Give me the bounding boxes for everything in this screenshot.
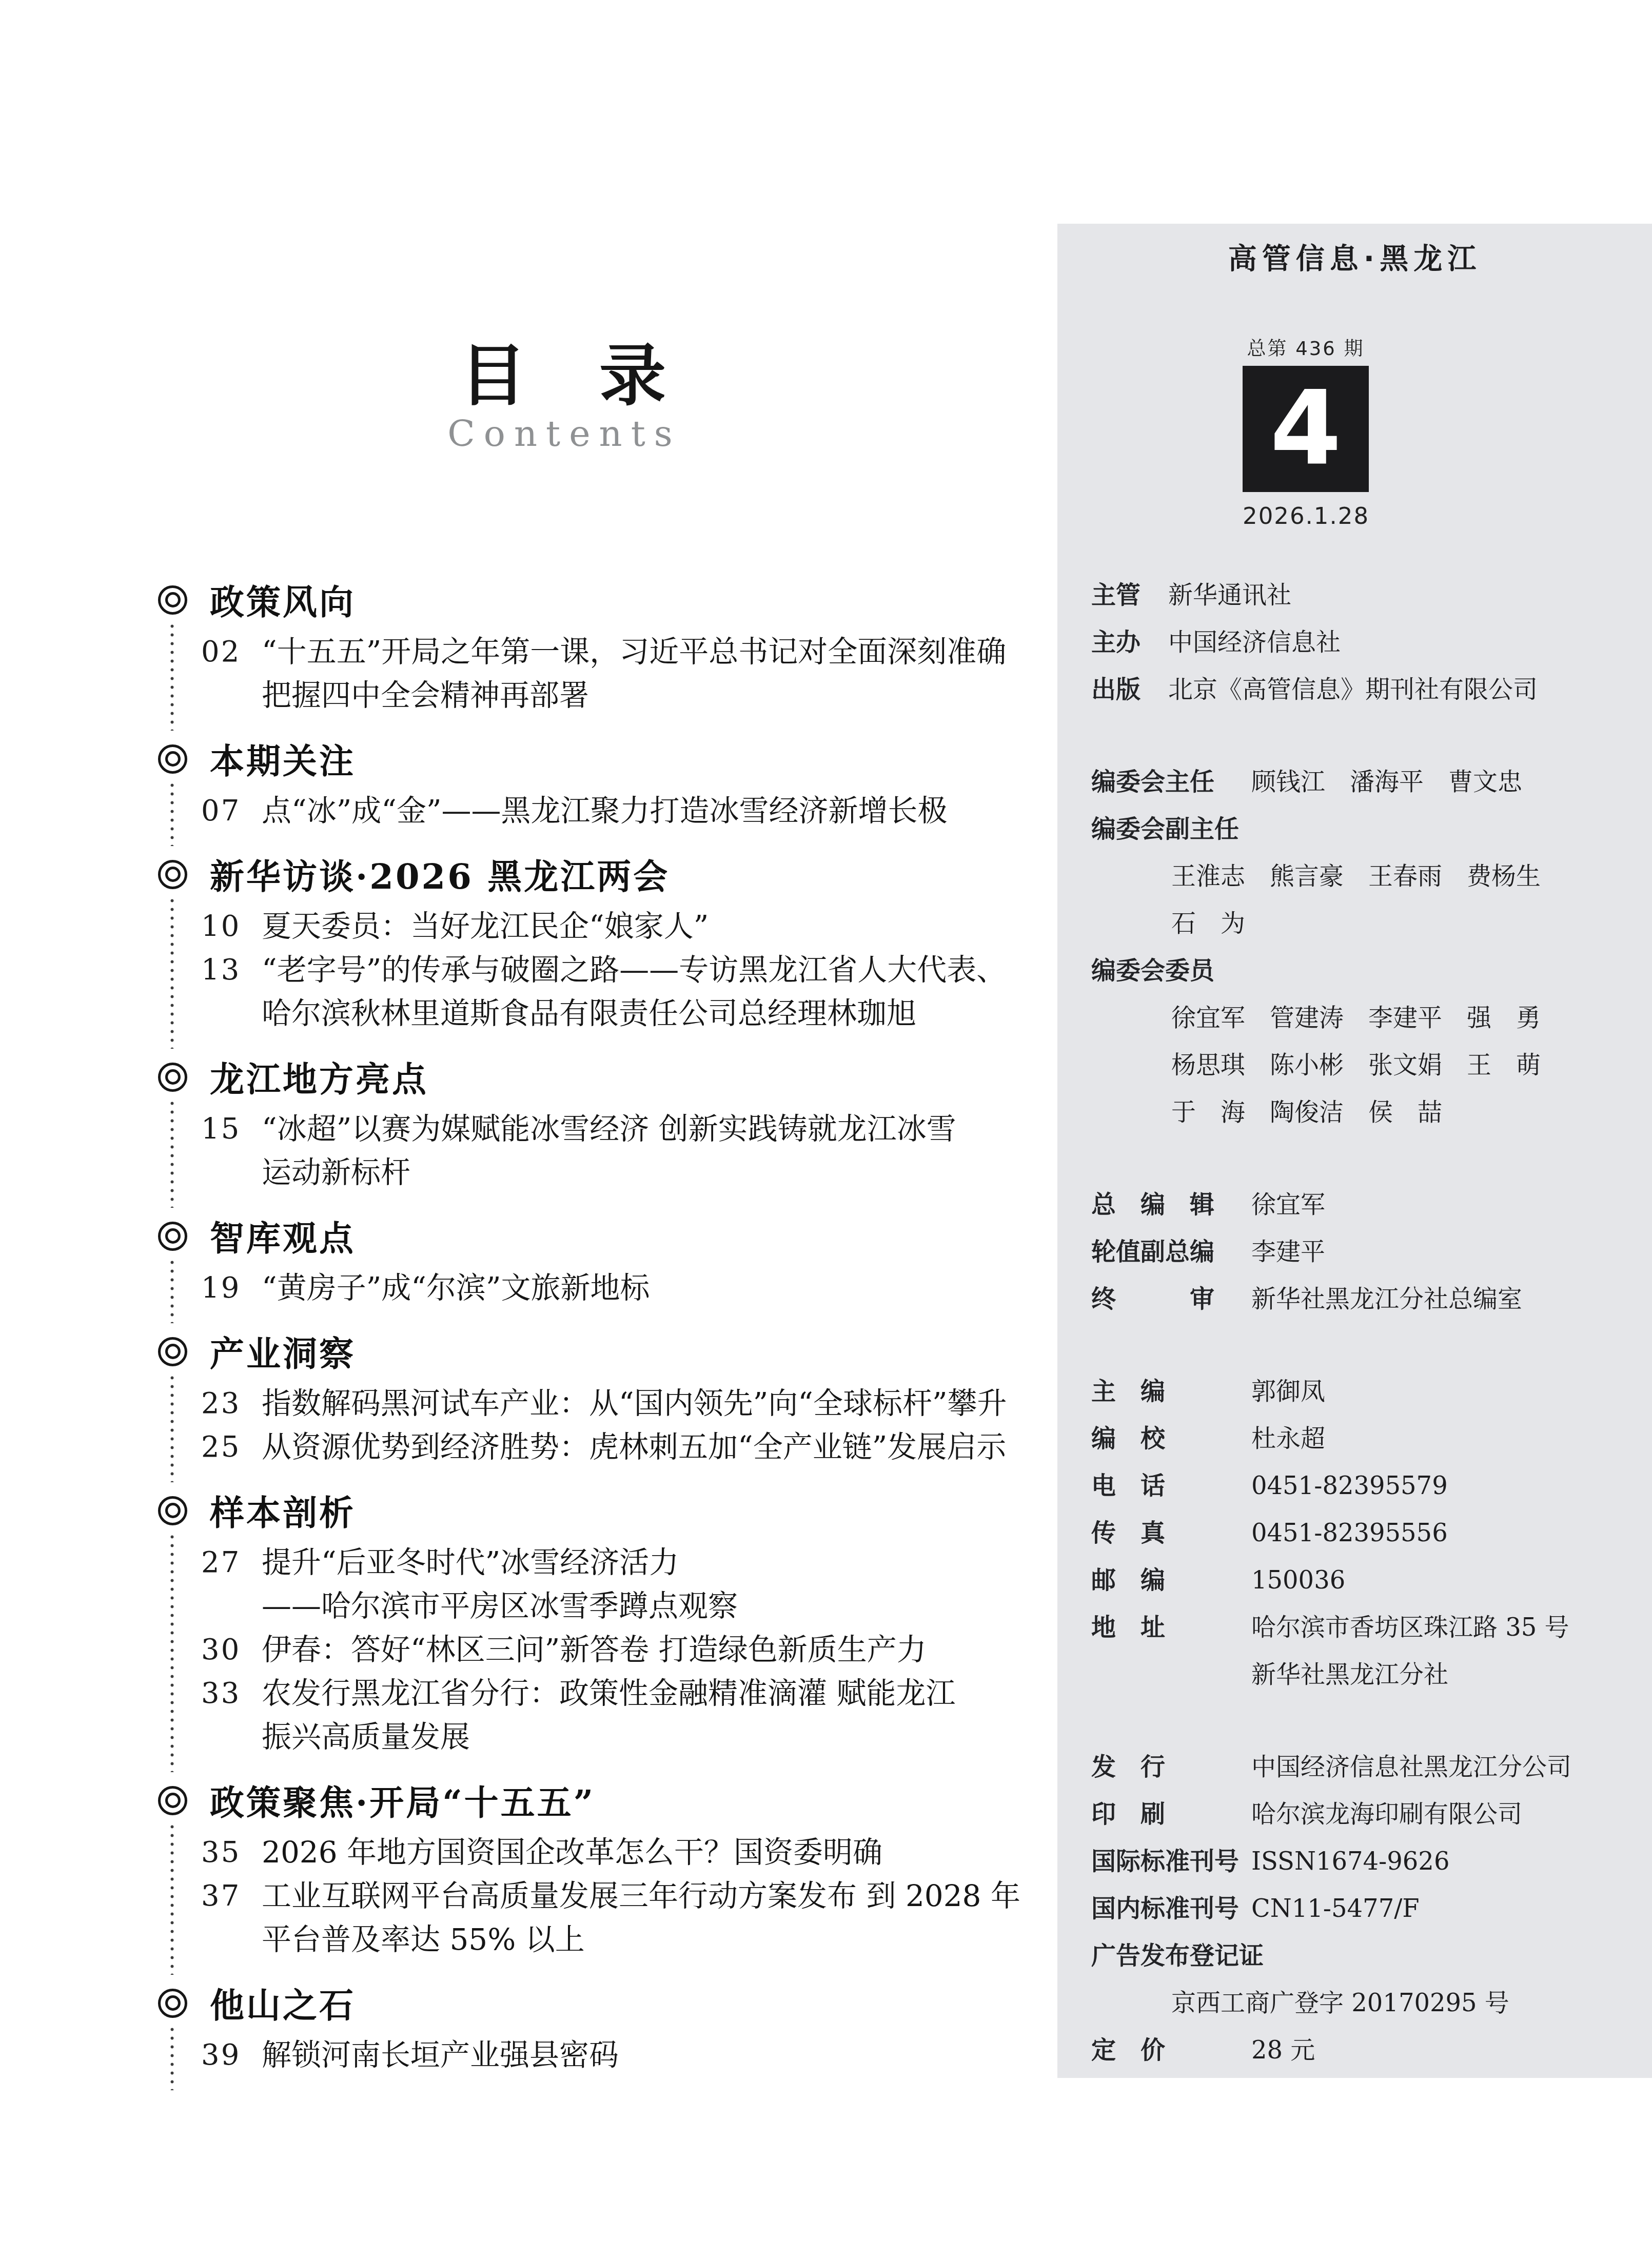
toc-entry-page-number: 33 [201,1672,241,1715]
info-row: 印 刷哈尔滨龙海印刷有限公司 [1091,1791,1652,1838]
toc-entry-line: 运动新标杆 [262,1151,1071,1194]
section-title: 样本剖析 [210,1486,356,1535]
toc-entry-page-number: 15 [201,1107,241,1151]
page-title: 目 录 [154,341,975,410]
info-row: 主管新华通讯社 [1091,572,1652,619]
toc-entry-line: 352026 年地方国资国企改革怎么干？国资委明确 [262,1831,1071,1874]
issue-date: 2026.1.28 [1243,502,1369,529]
toc-section-header: 本期关注 [158,743,1071,775]
toc-entry-title: 解锁河南长垣产业强县密码 [262,2037,619,2072]
info-row: 传 真0451-82395556 [1091,1509,1652,1557]
publication-info-rows: 主管新华通讯社主办中国经济信息社出版北京《高管信息》期刊社有限公司编委会主任顾钱… [1057,572,1652,2074]
page-subtitle: Contents [154,415,975,452]
info-row-label: 主 编 [1091,1368,1251,1415]
toc-section: 他山之石39解锁河南长垣产业强县密码 [158,1987,1071,2077]
info-row: 主办中国经济信息社 [1091,619,1652,666]
toc-entry-page-number: 19 [201,1266,241,1310]
info-row: 编 校杜永超 [1091,1415,1652,1462]
toc-entry-page-number: 02 [201,630,241,674]
info-row-value: 哈尔滨市香坊区珠江路 35 号 [1251,1604,1569,1651]
info-row-label: 主办 [1091,619,1168,666]
info-row: 广告发布登记证 [1091,1932,1652,1979]
info-row-value: 北京《高管信息》期刊社有限公司 [1168,666,1538,713]
toc-entry-line: 15“冰超”以赛为媒赋能冰雪经济 创新实践铸就龙江冰雪 [262,1107,1071,1151]
issue-number: 4 [1270,378,1341,480]
toc-section: 产业洞察23指数解码黑河试车产业：从“国内领先”向“全球标杆”攀升25从资源优势… [158,1336,1071,1469]
info-row-label: 电 话 [1091,1462,1251,1509]
info-row-label: 定 价 [1091,2027,1251,2074]
info-group-publishing: 发 行中国经济信息社黑龙江分公司印 刷哈尔滨龙海印刷有限公司国际标准刊号ISSN… [1091,1743,1652,2074]
toc-section-entries: 352026 年地方国资国企改革怎么干？国资委明确37工业互联网平台高质量发展三… [158,1831,1071,1961]
info-row: 终 审新华社黑龙江分社总编室 [1091,1275,1652,1323]
info-row-value: 新华通讯社 [1168,572,1291,619]
dotted-line [170,622,174,731]
info-row-value: 哈尔滨龙海印刷有限公司 [1251,1791,1522,1838]
toc-entry-line: 哈尔滨秋林里道斯食品有限责任公司总经理林珈旭 [262,992,1071,1035]
info-row-value: 于 海 陶俊洁 侯 喆 [1171,1089,1442,1136]
toc-entry-title: 运动新标杆 [262,1155,410,1190]
section-title: 本期关注 [210,734,356,783]
section-title: 新华访谈·2026 黑龙江两会 [210,850,670,899]
toc-section-header: 新华访谈·2026 黑龙江两会 [158,858,1071,890]
info-row-value: 28 元 [1251,2027,1315,2074]
info-row: 编委会副主任 [1091,806,1652,853]
toc-section: 本期关注07点“冰”成“金”——黑龙江聚力打造冰雪经济新增长极 [158,743,1071,833]
info-group-board: 编委会主任顾钱江 潘海平 曹文忠编委会副主任王淮志 熊言豪 王春雨 费杨生石 为… [1091,758,1652,1136]
toc-entry-line: 30伊春：答好“林区三问”新答卷 打造绿色新质生产力 [262,1628,1071,1672]
section-title: 他山之石 [210,1978,356,2028]
toc-section-entries: 39解锁河南长垣产业强县密码 [158,2033,1071,2077]
toc-section-entries: 07点“冰”成“金”——黑龙江聚力打造冰雪经济新增长极 [158,789,1071,833]
info-row-value: CN11-5477/F [1251,1885,1420,1932]
double-circle-icon [158,585,187,615]
dotted-line [170,1822,174,1975]
toc-entry-line: 39解锁河南长垣产业强县密码 [262,2033,1071,2077]
toc-entry-title: 点“冰”成“金”——黑龙江聚力打造冰雪经济新增长极 [262,793,948,828]
toc-section-header: 产业洞察 [158,1336,1071,1367]
toc-section-header: 政策风向 [158,584,1071,616]
toc-entry-line: 19“黄房子”成“尔滨”文旅新地标 [262,1266,1071,1310]
info-row: 新华社黑龙江分社 [1091,1651,1652,1698]
toc-section: 政策风向02“十五五”开局之年第一课，习近平总书记对全面深刻准确把握四中全会精神… [158,584,1071,717]
toc-section-entries: 02“十五五”开局之年第一课，习近平总书记对全面深刻准确把握四中全会精神再部署 [158,630,1071,717]
info-row: 徐宜军 管建涛 李建平 强 勇 [1091,994,1652,1042]
toc-entry-page-number: 10 [201,905,241,948]
info-row-value: 中国经济信息社黑龙江分公司 [1251,1743,1571,1791]
toc-entry-page-number: 27 [201,1541,241,1584]
toc-entry-page-number: 25 [201,1425,241,1469]
info-row-label: 国际标准刊号 [1091,1838,1251,1885]
toc-entry-title: 从资源优势到经济胜势：虎林刺五加“全产业链”发展启示 [262,1429,1006,1464]
info-row-label: 传 真 [1091,1509,1251,1557]
info-group-publisher: 主管新华通讯社主办中国经济信息社出版北京《高管信息》期刊社有限公司 [1091,572,1652,713]
info-row: 京西工商广登字 20170295 号 [1091,1979,1652,2027]
toc-entry-title: 振兴高质量发展 [262,1719,470,1754]
toc-entry-page-number: 37 [201,1874,241,1918]
info-row-value: 新华社黑龙江分社 [1251,1651,1448,1698]
toc-entry-title: 夏天委员：当好龙江民企“娘家人” [262,909,709,944]
toc-entry-title: ——哈尔滨市平房区冰雪季蹲点观察 [262,1588,738,1623]
info-row-label: 总 编 辑 [1091,1181,1251,1228]
toc-section-entries: 27提升“后亚冬时代”冰雪经济活力——哈尔滨市平房区冰雪季蹲点观察30伊春：答好… [158,1541,1071,1759]
dotted-line [170,781,174,846]
toc-entry-title: 哈尔滨秋林里道斯食品有限责任公司总经理林珈旭 [262,996,916,1031]
info-group-editors: 总 编 辑徐宜军轮值副总编李建平终 审新华社黑龙江分社总编室 [1091,1181,1652,1323]
toc-entry-line: 27提升“后亚冬时代”冰雪经济活力 [262,1541,1071,1584]
info-row-label: 国内标准刊号 [1091,1885,1251,1932]
toc-entry-page-number: 23 [201,1382,241,1425]
section-title: 智库观点 [210,1211,356,1261]
toc-entry-title: 工业互联网平台高质量发展三年行动方案发布 到 2028 年 [262,1878,1020,1913]
info-row: 出版北京《高管信息》期刊社有限公司 [1091,666,1652,713]
toc-entry-title: 指数解码黑河试车产业：从“国内领先”向“全球标杆”攀升 [262,1386,1007,1421]
info-row-label: 出版 [1091,666,1168,713]
toc-entry-page-number: 07 [201,789,241,833]
toc-entry-line: 平台普及率达 55% 以上 [262,1918,1071,1961]
toc-entry-line: 13“老字号”的传承与破圈之路——专访黑龙江省人大代表、 [262,948,1071,992]
publication-info-panel: 高管信息·黑龙江 总第 436 期 4 2026.1.28 主管新华通讯社主办中… [1057,224,1652,2078]
info-row-value: 王淮志 熊言豪 王春雨 费杨生 [1171,853,1541,900]
toc-entry-title: 伊春：答好“林区三问”新答卷 打造绿色新质生产力 [262,1632,927,1667]
toc-section-list: 政策风向02“十五五”开局之年第一课，习近平总书记对全面深刻准确把握四中全会精神… [158,584,1071,2103]
info-row-value: 0451-82395579 [1251,1462,1448,1509]
info-row-label: 地 址 [1091,1604,1251,1651]
toc-entry-page-number: 39 [201,2033,241,2077]
toc-section-header: 样本剖析 [158,1495,1071,1526]
toc-section-entries: 19“黄房子”成“尔滨”文旅新地标 [158,1266,1071,1310]
toc-entry-line: 10夏天委员：当好龙江民企“娘家人” [262,905,1071,948]
info-row: 主 编郭御凤 [1091,1368,1652,1415]
toc-entry-title: “老字号”的传承与破圈之路——专访黑龙江省人大代表、 [262,952,1006,987]
section-title: 政策风向 [210,575,356,624]
toc-section-header: 他山之石 [158,1987,1071,2019]
double-circle-icon [158,1786,187,1815]
magazine-contents-page: 目 录 Contents 政策风向02“十五五”开局之年第一课，习近平总书记对全… [0,0,1652,2257]
toc-entry-line: 振兴高质量发展 [262,1715,1071,1759]
toc-entry-page-number: 35 [201,1831,241,1874]
toc-entry-title: “冰超”以赛为媒赋能冰雪经济 创新实践铸就龙江冰雪 [262,1111,956,1146]
info-row: 总 编 辑徐宜军 [1091,1181,1652,1228]
info-row-label: 编 校 [1091,1415,1251,1462]
toc-entry-title: “十五五”开局之年第一课，习近平总书记对全面深刻准确 [262,634,1006,669]
info-row-value: 徐宜军 [1251,1181,1325,1228]
info-row-value: 徐宜军 管建涛 李建平 强 勇 [1171,994,1541,1042]
info-row-label: 印 刷 [1091,1791,1251,1838]
double-circle-icon [158,1337,187,1366]
toc-section: 智库观点19“黄房子”成“尔滨”文旅新地标 [158,1220,1071,1310]
toc-section-header: 智库观点 [158,1220,1071,1252]
info-row-label: 轮值副总编 [1091,1228,1251,1275]
toc-entry-line: 23指数解码黑河试车产业：从“国内领先”向“全球标杆”攀升 [262,1382,1071,1425]
toc-entry-line: 25从资源优势到经济胜势：虎林刺五加“全产业链”发展启示 [262,1425,1071,1469]
toc-entry-line: 02“十五五”开局之年第一课，习近平总书记对全面深刻准确 [262,630,1071,674]
info-row-label: 编委会委员 [1091,947,1251,994]
info-row: 邮 编150036 [1091,1557,1652,1604]
double-circle-icon [158,1496,187,1525]
toc-section: 样本剖析27提升“后亚冬时代”冰雪经济活力——哈尔滨市平房区冰雪季蹲点观察30伊… [158,1495,1071,1759]
info-row-label: 终 审 [1091,1275,1251,1323]
dotted-line [170,1533,174,1772]
info-row-value: 新华社黑龙江分社总编室 [1251,1275,1522,1323]
info-group-contact: 主 编郭御凤编 校杜永超电 话0451-82395579传 真0451-8239… [1091,1368,1652,1698]
toc-section-entries: 23指数解码黑河试车产业：从“国内领先”向“全球标杆”攀升25从资源优势到经济胜… [158,1382,1071,1469]
issue-number-box: 4 [1243,366,1369,492]
double-circle-icon [158,860,187,889]
info-row-label: 编委会主任 [1091,758,1251,806]
issue-block: 总第 436 期 4 2026.1.28 [1243,339,1369,529]
info-row-value: 李建平 [1251,1228,1325,1275]
info-row: 地 址哈尔滨市香坊区珠江路 35 号 [1091,1604,1652,1651]
double-circle-icon [158,744,187,774]
dotted-line [170,896,174,1049]
info-row-value: 郭御凤 [1251,1368,1325,1415]
toc-section-header: 龙江地方亮点 [158,1061,1071,1093]
toc-entry-title: 提升“后亚冬时代”冰雪经济活力 [262,1545,679,1580]
toc-entry-line: 07点“冰”成“金”——黑龙江聚力打造冰雪经济新增长极 [262,789,1071,833]
toc-entry-title: 2026 年地方国资国企改革怎么干？国资委明确 [262,1835,882,1870]
info-row: 电 话0451-82395579 [1091,1462,1652,1509]
info-row-value: 0451-82395556 [1251,1509,1448,1557]
info-row-value: 顾钱江 潘海平 曹文忠 [1251,758,1522,806]
toc-entry-title: 农发行黑龙江省分行：政策性金融精准滴灌 赋能龙江 [262,1676,955,1711]
double-circle-icon [158,1989,187,2018]
info-row-value: ISSN1674-9626 [1251,1838,1449,1885]
section-title: 龙江地方亮点 [210,1052,428,1102]
toc-entry-line: ——哈尔滨市平房区冰雪季蹲点观察 [262,1584,1071,1628]
toc-entry-page-number: 30 [201,1628,241,1672]
dotted-line [170,1373,174,1482]
info-row: 发 行中国经济信息社黑龙江分公司 [1091,1743,1652,1791]
toc-section: 新华访谈·2026 黑龙江两会10夏天委员：当好龙江民企“娘家人”13“老字号”… [158,858,1071,1035]
info-row: 轮值副总编李建平 [1091,1228,1652,1275]
info-row: 编委会主任顾钱江 潘海平 曹文忠 [1091,758,1652,806]
toc-entry-line: 37工业互联网平台高质量发展三年行动方案发布 到 2028 年 [262,1874,1071,1918]
info-row-label: 广告发布登记证 [1091,1932,1264,1979]
double-circle-icon [158,1063,187,1092]
info-row-value: 杜永超 [1251,1415,1325,1462]
toc-title-block: 目 录 Contents [154,341,975,452]
toc-section-entries: 10夏天委员：当好龙江民企“娘家人”13“老字号”的传承与破圈之路——专访黑龙江… [158,905,1071,1035]
info-row-value: 150036 [1251,1557,1345,1604]
double-circle-icon [158,1222,187,1251]
info-row: 石 为 [1091,900,1652,947]
info-row: 编委会委员 [1091,947,1652,994]
info-row-label: 发 行 [1091,1743,1251,1791]
dotted-line [170,1258,174,1323]
info-row-label: 编委会副主任 [1091,806,1251,853]
dotted-line [170,1099,174,1208]
toc-section-header: 政策聚焦·开局“十五五” [158,1784,1071,1816]
toc-entry-title: 平台普及率达 55% 以上 [262,1922,585,1957]
info-row-value: 京西工商广登字 20170295 号 [1171,1979,1509,2027]
info-row: 国内标准刊号CN11-5477/F [1091,1885,1652,1932]
section-title: 产业洞察 [210,1327,356,1376]
info-row: 王淮志 熊言豪 王春雨 费杨生 [1091,853,1652,900]
section-title: 政策聚焦·开局“十五五” [210,1776,595,1825]
info-row: 国际标准刊号ISSN1674-9626 [1091,1838,1652,1885]
info-row-label: 主管 [1091,572,1168,619]
toc-entry-title: 把握四中全会精神再部署 [262,678,589,713]
toc-section: 龙江地方亮点15“冰超”以赛为媒赋能冰雪经济 创新实践铸就龙江冰雪运动新标杆 [158,1061,1071,1194]
toc-entry-title: “黄房子”成“尔滨”文旅新地标 [262,1270,650,1305]
toc-section-entries: 15“冰超”以赛为媒赋能冰雪经济 创新实践铸就龙江冰雪运动新标杆 [158,1107,1071,1194]
issue-label: 总第 436 期 [1243,339,1369,359]
info-row: 于 海 陶俊洁 侯 喆 [1091,1089,1652,1136]
toc-section: 政策聚焦·开局“十五五”352026 年地方国资国企改革怎么干？国资委明确37工… [158,1784,1071,1961]
toc-entry-line: 把握四中全会精神再部署 [262,674,1071,717]
info-row-value: 杨思琪 陈小彬 张文娟 王 萌 [1171,1042,1541,1089]
toc-entry-line: 33农发行黑龙江省分行：政策性金融精准滴灌 赋能龙江 [262,1672,1071,1715]
info-row: 定 价28 元 [1091,2027,1652,2074]
info-row: 杨思琪 陈小彬 张文娟 王 萌 [1091,1042,1652,1089]
info-row-value: 石 为 [1171,900,1245,947]
dotted-line [170,2025,174,2090]
masthead-title: 高管信息·黑龙江 [1057,224,1652,275]
info-row-value: 中国经济信息社 [1168,619,1341,666]
toc-entry-page-number: 13 [201,948,241,992]
info-row-label: 邮 编 [1091,1557,1251,1604]
